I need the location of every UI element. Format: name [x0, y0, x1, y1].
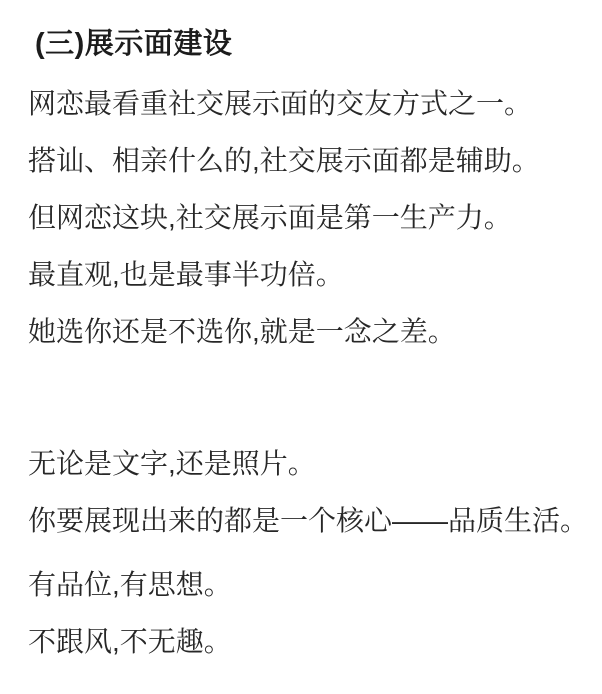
paragraph-line: 搭讪、相亲什么的,社交展示面都是辅助。	[28, 144, 588, 177]
paragraph-line: 有品位,有思想。	[28, 568, 588, 601]
paragraph-line: 你要展现出来的都是一个核心——品质生活。	[28, 504, 588, 537]
article-body: (三)展示面建设 网恋最看重社交展示面的交友方式之一。 搭讪、相亲什么的,社交展…	[0, 0, 602, 658]
document-page: (三)展示面建设 网恋最看重社交展示面的交友方式之一。 搭讪、相亲什么的,社交展…	[0, 0, 602, 694]
paragraph-line: 网恋最看重社交展示面的交友方式之一。	[28, 87, 588, 120]
paragraph-line: 不跟风,不无趣。	[28, 625, 588, 658]
paragraph-line: 最直观,也是最事半功倍。	[28, 258, 588, 291]
section-heading: (三)展示面建设	[35, 27, 588, 61]
paragraph-line: 但网恋这块,社交展示面是第一生产力。	[28, 201, 588, 234]
paragraph-line: 无论是文字,还是照片。	[28, 447, 588, 480]
paragraph-line: 她选你还是不选你,就是一念之差。	[28, 315, 588, 348]
